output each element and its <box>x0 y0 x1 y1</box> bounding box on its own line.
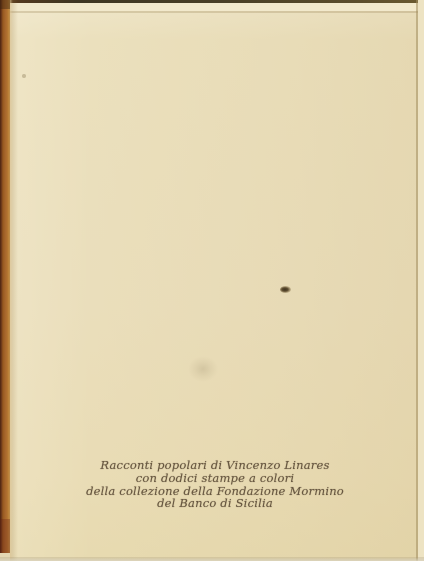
cover-top-shadow <box>8 11 424 13</box>
spine-bottom-shade <box>0 519 10 553</box>
photo-top-edge <box>0 0 424 3</box>
caption-line-1: Racconti popolari di Vincenzo Linares <box>14 459 416 472</box>
book-spine <box>0 0 10 561</box>
book-cover-photo: Racconti popolari di Vincenzo Linares co… <box>0 0 424 561</box>
faint-dot-mark <box>22 74 26 78</box>
spine-top-shade <box>0 0 10 9</box>
page-top-edges <box>8 3 424 11</box>
caption-line-2: con dodici stampe a colori <box>14 472 416 485</box>
caption-line-4: del Banco di Sicilia <box>14 497 416 510</box>
ink-speck-mark <box>280 286 291 293</box>
photo-bottom-edge <box>0 557 424 561</box>
cover-caption: Racconti popolari di Vincenzo Linares co… <box>14 459 416 510</box>
smudge-mark <box>188 356 218 382</box>
cover-right-edge-strip <box>418 0 424 561</box>
